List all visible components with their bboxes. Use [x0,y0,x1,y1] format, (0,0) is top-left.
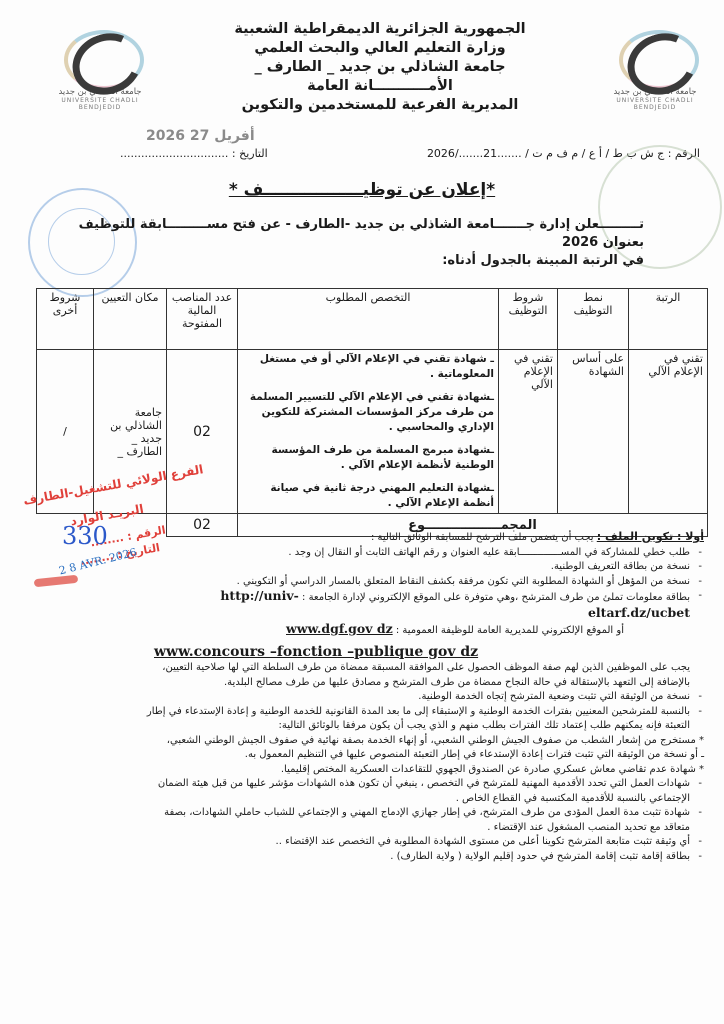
handwritten-mail-number: 330 [62,522,108,550]
header-line-directorate: المديرية الفرعية للمستخدمين والتكوين [200,96,560,115]
info-card-text: بطاقة معلومات تملئ من طرف المترشح ،وهي م… [302,592,690,603]
header-line-secretariat: الأمـــــــــــانة العامة [200,77,560,96]
university-emblem-icon [615,30,695,85]
university-logo-left: جامعة الشاذلي بن جديد UNIVERSITE CHADLI … [45,30,155,111]
table-row: تقني في الإعلام الآلي على أساس الشهادة ت… [37,350,708,514]
col-mode: نمط التوظيف [558,289,629,350]
col-conditions: شروط التوظيف [499,289,558,350]
concours-website-link[interactable]: www.concours –fonction –publique gov dz [154,644,478,660]
logo-french-name: UNIVERSITE CHADLI BENDJEDID [45,97,155,111]
university-emblem-icon [60,30,140,85]
list-item: طلب خطي للمشاركة في المســــــــــــــاب… [144,546,690,561]
list-item: أي وثيقة تثبت متابعة المترشح تكوينا أعلى… [144,835,690,850]
col-grade: الرتبة [629,289,708,350]
list-item: شهادة تثبت مدة العمل المؤدى من طرف المتر… [144,806,690,835]
list-item: شهادات العمل التي تحدد الأقدمية المهنية … [144,777,690,806]
table-header-row: الرتبة نمط التوظيف شروط التوظيف التخصص ا… [37,289,708,350]
list-item: بالنسبة للمترشحين المعنيين بفترات الخدمة… [144,705,690,734]
specialty-item: ـشهادة تقني في الإعلام الآلي للتسيير الم… [242,390,494,435]
requirements-list: طلب خطي للمشاركة في المســــــــــــــاب… [144,546,704,623]
header-line-republic: الجمهورية الجزائرية الديمقراطية الشعبية [200,20,560,39]
dgf-text: أو الموقع الإلكتروني للمديرية العامة للو… [396,625,624,636]
cell-specialties: ـ شهادة تقني في الإعلام الآلي أو في مستغ… [238,350,499,514]
handwritten-date: 2026 أفريل 27 [146,128,255,144]
col-specialty: التخصص المطلوب [238,289,499,350]
document-page: جامعة الشاذلي بن جديد UNIVERSITE CHADLI … [0,0,724,1024]
specialty-item: ـ شهادة تقني في الإعلام الآلي أو في مستغ… [242,352,494,382]
list-item: بطاقة معلومات تملئ من طرف المترشح ،وهي م… [144,589,690,622]
cell-mode: على أساس الشهادة [558,350,629,514]
header-line-university: جامعة الشاذلي بن جديد _ الطارف _ [200,58,560,77]
logo-french-name: UNIVERSITE CHADLI BENDJEDID [600,97,710,111]
header-line-ministry: وزارة التعليم العالي والبحث العلمي [200,39,560,58]
list-item: نسخة من الوثيقة التي تثبت وضعية المترشح … [144,690,690,705]
announcement-intro: تـــــــــعلن إدارة جـــــــامعة الشاذلي… [64,216,644,270]
cell-positions: 02 [167,350,238,514]
list-item: بطاقة إقامة تثبت إقامة المترشح في حدود إ… [144,850,690,865]
col-positions: عدد المناصب المالية المفتوحة [167,289,238,350]
cell-conditions: تقني في الإعلام الآلي [499,350,558,514]
star-item: * مستخرج من إشعار الشطب من صفوف الجيش ال… [144,734,704,749]
stamp-ink-mark [34,575,79,588]
reference-line: الرقم : ج ش ب ط / أ ع / م ف م ت / ......… [90,147,700,167]
employees-note: يجب على الموظفين الذين لهم صفة الموظف ال… [144,661,704,690]
intro-line-1: تـــــــــعلن إدارة جـــــــامعة الشاذلي… [64,216,644,252]
list-item: نسخة من بطاقة التعريف الوطنية. [144,560,690,575]
requirements-list-3: شهادات العمل التي تحدد الأقدمية المهنية … [144,777,704,864]
section-heading: أولا : تكوين الملف : [597,530,704,543]
positions-table: الرتبة نمط التوظيف شروط التوظيف التخصص ا… [36,288,708,537]
section-heading-text: يجب أن يتضمن ملف الترشح للمسابقة الوثائق… [371,532,597,543]
star-item: * شهادة عدم تقاضي معاش عسكري صادرة عن ال… [144,763,704,778]
announcement-title: *إعلان عن توظيـــــــــــــــــف * [0,180,724,200]
cell-grade: تقني في الإعلام الآلي [629,350,708,514]
stamp-received-date: 2 8 AVR. 2026 [58,546,138,578]
specialty-item: ـشهادة التعليم المهني درجة ثانية في صيان… [242,481,494,511]
col-location: مكان التعيين [94,289,167,350]
list-item: نسخة من المؤهل أو الشهادة المطلوبة التي … [144,575,690,590]
intro-line-2: في الرتبة المبينة بالجدول أدناه: [64,252,644,270]
letterhead: الجمهورية الجزائرية الديمقراطية الشعبية … [200,20,560,115]
col-other: شروط أخرى [37,289,94,350]
date-field: التاريخ : ..............................… [120,147,268,160]
university-logo-right: جامعة الشاذلي بن جديد UNIVERSITE CHADLI … [600,30,710,111]
dgf-website-link[interactable]: www.dgf.gov dz [286,621,393,636]
specialty-item: ـشهادة مبرمج المسلمة من طرف المؤسسة الوط… [242,443,494,473]
or-item: ـ أو نسخة من الوثيقة التي تثبت فترات إعا… [144,748,704,763]
requirements-list-2: نسخة من الوثيقة التي تثبت وضعية المترشح … [144,690,704,734]
file-requirements-section: أولا : تكوين الملف : يجب أن يتضمن ملف ال… [144,530,704,864]
